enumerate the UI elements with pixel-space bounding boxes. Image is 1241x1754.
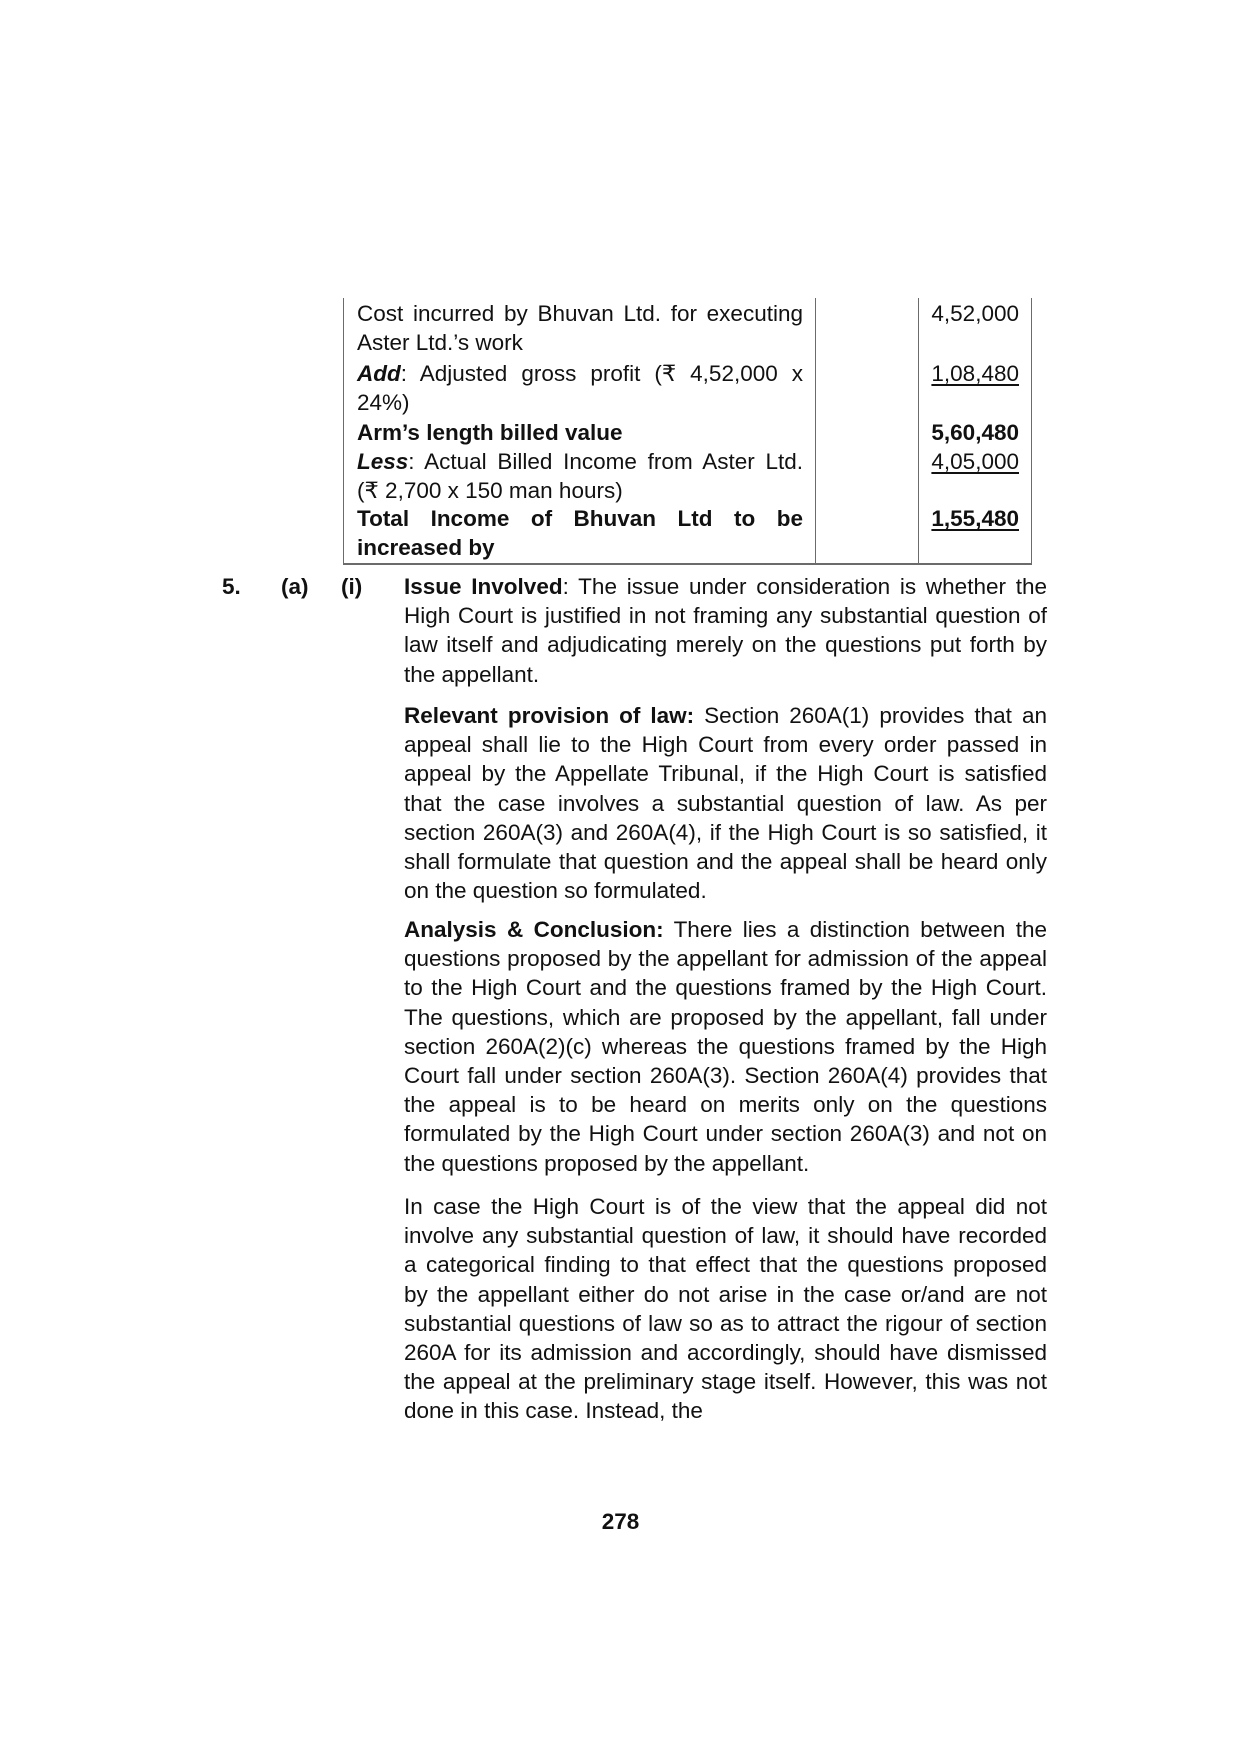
sub-sub-question-label: (i) (341, 572, 362, 601)
amount-value: 1,55,480 (931, 506, 1019, 531)
row-amount: 1,55,480 (919, 505, 1032, 564)
paragraph-heading: Issue Involved (404, 574, 563, 599)
row-amount: 1,08,480 (919, 358, 1032, 418)
row-middle-cell (816, 505, 919, 564)
paragraph-heading: Relevant provision of law: (404, 703, 694, 728)
row-prefix: Add (357, 361, 401, 386)
paragraph-relevant-provision: Relevant provision of law: Section 260A(… (404, 701, 1047, 905)
row-description: Add: Adjusted gross profit (₹ 4,52,000 x… (344, 358, 816, 418)
question-number: 5. (222, 572, 241, 601)
row-description: Arm’s length billed value (344, 418, 816, 448)
row-prefix: Less (357, 449, 408, 474)
page-number: 278 (0, 1507, 1241, 1536)
row-amount: 4,05,000 (919, 448, 1032, 505)
row-label: : Adjusted gross profit (₹ 4,52,000 x 24… (357, 361, 803, 415)
table-row: Less: Actual Billed Income from Aster Lt… (344, 448, 1032, 505)
row-middle-cell (816, 298, 919, 358)
paragraph-text: In case the High Court is of the view th… (404, 1194, 1047, 1423)
row-label: Cost incurred by Bhuvan Ltd. for executi… (357, 301, 803, 355)
table-row: Add: Adjusted gross profit (₹ 4,52,000 x… (344, 358, 1032, 418)
table-row: Total Income of Bhuvan Ltd to be increas… (344, 505, 1032, 564)
amount-value: 1,08,480 (931, 361, 1019, 386)
paragraph-issue-involved: Issue Involved: The issue under consider… (404, 572, 1047, 689)
amount-value: 4,05,000 (931, 449, 1019, 474)
table-row: Arm’s length billed value 5,60,480 (344, 418, 1032, 448)
row-description: Less: Actual Billed Income from Aster Lt… (344, 448, 816, 505)
row-description: Total Income of Bhuvan Ltd to be increas… (344, 505, 816, 564)
row-label: : Actual Billed Income from Aster Ltd. (… (357, 449, 803, 503)
row-middle-cell (816, 358, 919, 418)
paragraph-text: There lies a distinction between the que… (404, 917, 1047, 1176)
paragraph-heading: Analysis & Conclusion: (404, 917, 664, 942)
amount-value: 5,60,480 (931, 420, 1019, 445)
row-middle-cell (816, 418, 919, 448)
document-page: Cost incurred by Bhuvan Ltd. for executi… (0, 0, 1241, 1754)
row-middle-cell (816, 448, 919, 505)
row-label: Total Income of Bhuvan Ltd to be increas… (357, 506, 803, 560)
row-amount: 4,52,000 (919, 298, 1032, 358)
table-row: Cost incurred by Bhuvan Ltd. for executi… (344, 298, 1032, 358)
paragraph-analysis-conclusion: Analysis & Conclusion: There lies a dist… (404, 915, 1047, 1178)
paragraph-high-court-view: In case the High Court is of the view th… (404, 1192, 1047, 1426)
row-label: Arm’s length billed value (357, 420, 622, 445)
arms-length-computation-table: Cost incurred by Bhuvan Ltd. for executi… (343, 298, 1032, 565)
sub-question-label: (a) (281, 572, 309, 601)
paragraph-text: Section 260A(1) provides that an appeal … (404, 703, 1047, 903)
row-description: Cost incurred by Bhuvan Ltd. for executi… (344, 298, 816, 358)
row-amount: 5,60,480 (919, 418, 1032, 448)
amount-value: 4,52,000 (931, 301, 1019, 326)
